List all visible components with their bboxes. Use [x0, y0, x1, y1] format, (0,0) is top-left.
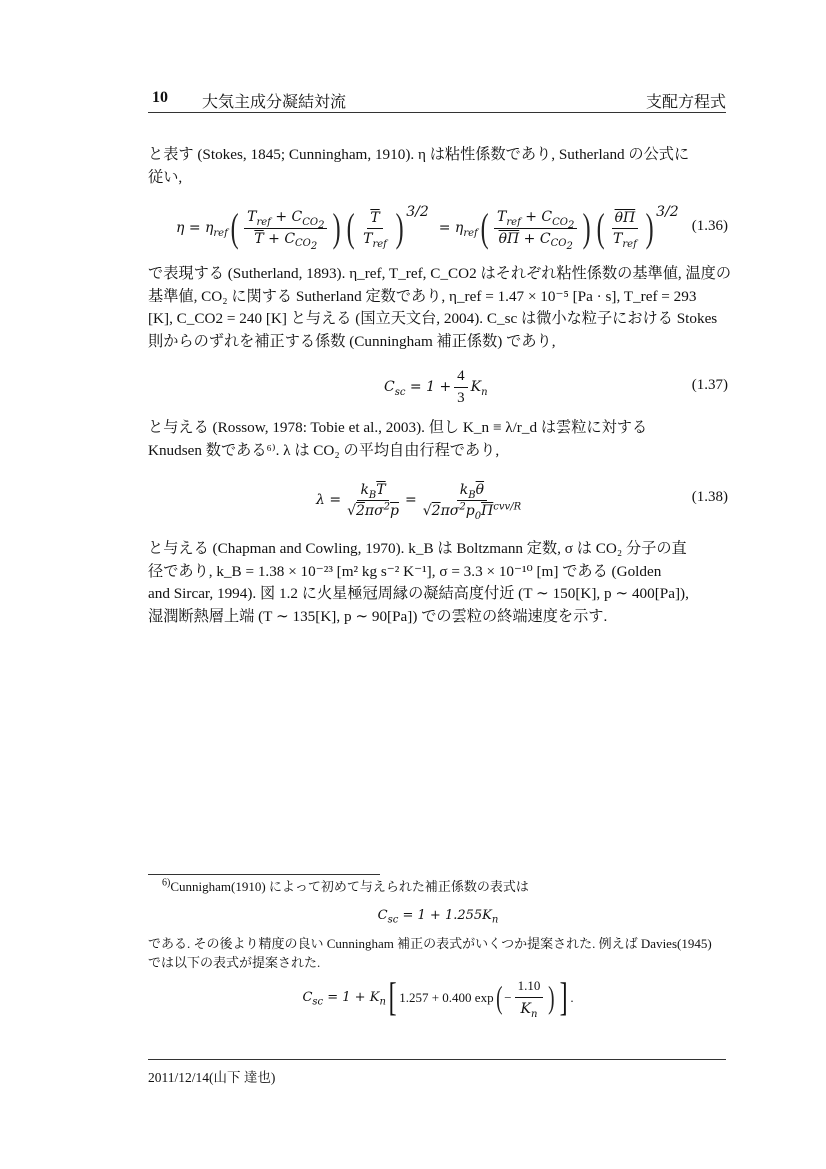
footnote-line: である. その後より精度の良い Cunningham 補正の表式がいくつか提案さ… [148, 934, 728, 953]
text-line: and Sircar, 1994). 図 1.2 に火星極冠周縁の凝結高度付近 … [148, 583, 728, 606]
equation-1-37: Csc = 1 + 4 3 Kn (1.37) [148, 362, 728, 412]
fraction: θΠ Tref [610, 210, 640, 247]
equation-body: η = ηref ( Tref + CCO2 T + CCO2 ) ( T Tr… [176, 198, 679, 258]
footnote-equation-2: Csc = 1 + Kn [ 1.257 + 0.400 exp ( − 1.1… [148, 972, 728, 1022]
text-line: と与える (Chapman and Cowling, 1970). k_B は … [148, 538, 728, 561]
section-title: 支配方程式 [646, 89, 726, 112]
equation-1-36: η = ηref ( Tref + CCO2 T + CCO2 ) ( T Tr… [148, 198, 728, 258]
paragraph-2: で表現する (Sutherland, 1893). η_ref, T_ref, … [148, 263, 728, 353]
text-line: で表現する (Sutherland, 1893). η_ref, T_ref, … [148, 263, 728, 286]
text-line: と与える (Rossow, 1978: Tobie et al., 2003).… [148, 417, 728, 440]
text-line: と表す (Stokes, 1845; Cunningham, 1910). η … [148, 144, 728, 167]
fraction: kBT √2πσ2p [344, 482, 402, 519]
chapter-title: 大気主成分凝結対流 [202, 89, 346, 112]
text-line: 則からのずれを補正する係数 (Cunningham 補正係数) であり, [148, 331, 728, 354]
equation-number: (1.37) [692, 377, 728, 394]
fraction: Tref + CCO2 θΠ + CCO2 [494, 209, 577, 248]
fraction: 1.10 Kn [515, 976, 544, 1019]
paragraph-4: と与える (Chapman and Cowling, 1970). k_B は … [148, 538, 728, 628]
running-header: 10 大気主成分凝結対流 支配方程式 [148, 86, 726, 113]
fraction: Tref + CCO2 T + CCO2 [244, 209, 327, 248]
text-line: 湿潤断熱層上端 (T ∼ 135[K], p ∼ 90[Pa]) での雲粒の終端… [148, 606, 728, 629]
footnote-equation-1: Csc = 1 + 1.255Kn [148, 896, 728, 934]
equation-number: (1.36) [692, 218, 728, 235]
fraction: 4 3 [454, 368, 468, 407]
footnote: 6)Cunnigham(1910) によって初めて与えられた補正係数の表式は C… [148, 877, 728, 1022]
page-number: 10 [152, 89, 168, 107]
footer-text: 2011/12/14(山下 達也) [148, 1066, 275, 1086]
footnote-line: では以下の表式が提案された. [148, 953, 728, 972]
paragraph-3: と与える (Rossow, 1978: Tobie et al., 2003).… [148, 417, 728, 462]
equation-number: (1.38) [692, 489, 728, 506]
paragraph-1: と表す (Stokes, 1845; Cunningham, 1910). η … [148, 144, 728, 189]
equation-body: λ = kBT √2πσ2p = kBθ √2πσ2p0Πcvv/R [316, 472, 527, 528]
equation-1-38: λ = kBT √2πσ2p = kBθ √2πσ2p0Πcvv/R (1.38… [148, 472, 728, 528]
text-line: 基準値, CO₂ に関する Sutherland 定数であり, η_ref = … [148, 286, 728, 309]
equation-body: Csc = 1 + 4 3 Kn [384, 362, 488, 412]
text-line: Knudsen 数である⁶⁾. λ は CO₂ の平均自由行程であり, [148, 440, 728, 463]
text-line: 従い, [148, 167, 728, 190]
text-line: [K], C_CO2 = 240 [K] と与える (国立天文台, 2004).… [148, 308, 728, 331]
eq-lhs: η = ηref [176, 220, 228, 236]
footnote-line: 6)Cunnigham(1910) によって初めて与えられた補正係数の表式は [148, 877, 728, 896]
footer-rule [148, 1059, 726, 1060]
text-line: 径であり, k_B = 1.38 × 10⁻²³ [m² kg s⁻² K⁻¹]… [148, 561, 728, 584]
fraction: T Tref [360, 210, 390, 247]
fraction: kBθ √2πσ2p0Πcvv/R [420, 482, 524, 519]
footnote-rule [148, 874, 380, 875]
